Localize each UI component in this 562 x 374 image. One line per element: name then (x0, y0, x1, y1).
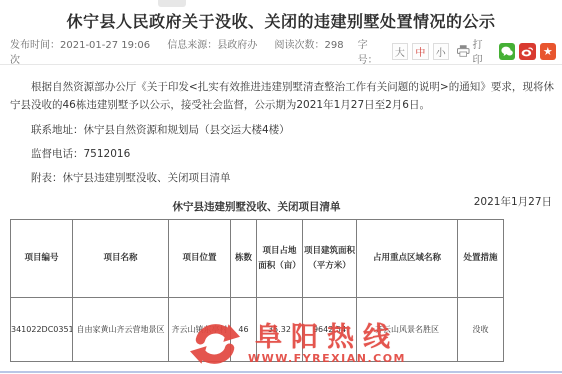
col-header-location: 项目位置 (169, 220, 231, 298)
font-size-large-button[interactable]: 大 (392, 43, 408, 60)
publish-time: 发布时间：2021-01-27 19:06 (10, 40, 150, 51)
weibo-share-icon[interactable] (519, 43, 535, 60)
col-header-key-zone: 占用重点区域名称 (357, 220, 458, 298)
contact-address-line: 联系地址：休宁县自然资源和规划局（县交运大楼4楼） (10, 121, 554, 139)
col-header-project-id: 项目编号 (11, 220, 73, 298)
villa-disposal-table: 项目编号 项目名称 项目位置 栋数 项目占地 面积（亩） 项目建筑面积 （平方米… (10, 219, 504, 362)
supervision-phone-line: 监督电话：7512016 (10, 145, 554, 163)
font-size-small-button[interactable]: 小 (433, 43, 449, 60)
article-body: 根据自然资源部办公厅《关于印发<扎实有效推进违建别墅清查整治工作有关问题的说明>… (10, 78, 554, 211)
cell-location: 齐云山镇东亭村 (169, 298, 231, 362)
font-size-medium-button[interactable]: 中 (412, 43, 428, 60)
cell-land-area: 35.32 (257, 298, 303, 362)
cell-project-id: 341022DC0351 (11, 298, 73, 362)
announcement-page: 休宁县人民政府关于没收、关闭的违建别墅处置情况的公示 发布时间：2021-01-… (0, 0, 562, 374)
print-button[interactable]: 打印 (457, 36, 492, 66)
meta-row: 发布时间：2021-01-27 19:06 信息来源：县政府办 阅读次数：298… (10, 41, 556, 61)
cell-measure: 没收 (458, 298, 504, 362)
cell-building-count: 46 (231, 298, 257, 362)
wechat-share-icon[interactable] (499, 43, 515, 60)
col-header-building-count: 栋数 (231, 220, 257, 298)
table-caption: 休宁县违建别墅没收、关闭项目清单 (10, 199, 503, 214)
favorite-star-icon[interactable]: ★ (540, 43, 556, 60)
announcement-paragraph: 根据自然资源部办公厅《关于印发<扎实有效推进违建别墅清查整治工作有关问题的说明>… (10, 78, 554, 114)
table-header-row: 项目编号 项目名称 项目位置 栋数 项目占地 面积（亩） 项目建筑面积 （平方米… (11, 220, 504, 298)
cell-floor-area: 9642.54 (303, 298, 357, 362)
attachment-line: 附表：休宁县违建别墅没收、关闭项目清单 (10, 169, 554, 187)
page-toolbar: 字号： 大 中 小 打印 ★ (358, 36, 556, 66)
meta-info: 发布时间：2021-01-27 19:06 信息来源：县政府办 阅读次数：298… (10, 36, 358, 66)
cell-key-zone: 齐云山风景名胜区 (357, 298, 458, 362)
col-header-measure: 处置措施 (458, 220, 504, 298)
table-row: 341022DC0351 自由家黄山齐云营地景区 齐云山镇东亭村 46 35.3… (11, 298, 504, 362)
font-size-label: 字号： (358, 36, 387, 66)
header-divider (0, 64, 562, 65)
screenshot-artifact (158, 0, 186, 7)
col-header-land-area: 项目占地 面积（亩） (257, 220, 303, 298)
printer-icon (457, 45, 470, 57)
footer-divider (0, 371, 562, 373)
info-source: 信息来源：县政府办 (167, 40, 257, 51)
cell-project-name: 自由家黄山齐云营地景区 (73, 298, 169, 362)
col-header-project-name: 项目名称 (73, 220, 169, 298)
page-title: 休宁县人民政府关于没收、关闭的违建别墅处置情况的公示 (0, 9, 562, 32)
col-header-floor-area: 项目建筑面积 （平方米） (303, 220, 357, 298)
